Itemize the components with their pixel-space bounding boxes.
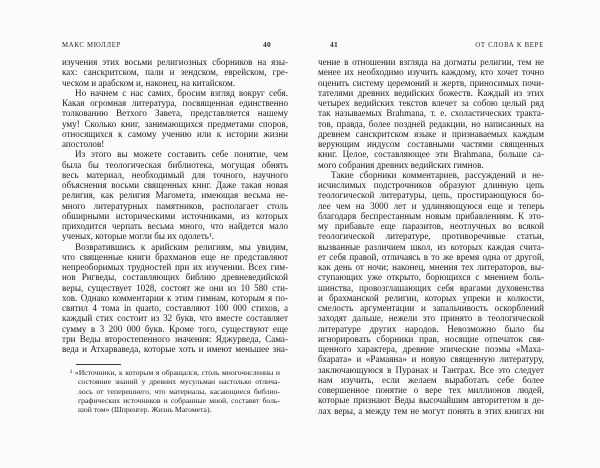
text-line: сумму в 3 200 000 букв. Кроме того, суще… (62, 324, 288, 334)
text-line: четырех ведийских текстов влечет за собо… (318, 98, 544, 108)
text-line: заходят дальше, нежели это принято в тео… (318, 313, 544, 323)
text-line: оценить систему церемоний и жертв, прино… (318, 78, 544, 88)
text-line: относящихся к самому учению или к истори… (62, 129, 288, 139)
text-line: много литературных памятников, располага… (62, 201, 288, 211)
text-line: лах веры, а между тем не могут понять в … (318, 406, 544, 416)
text-line: три Веды второстепенного значения: Яджур… (62, 334, 288, 344)
left-page-header: МАКС МЮЛЛЕР 40 (62, 40, 288, 49)
text-line: менее их необходимо изучить каждому, кто… (318, 67, 544, 77)
text-line: чение в отношении взгляда на догматы рел… (318, 57, 544, 67)
text-line: мого собрания древних ведийских гимнов. (318, 160, 544, 170)
text-line: святил 4 тома in quarto, составляют 100 … (62, 303, 288, 313)
text-line: Такие сборники комментариев, рассуждений… (318, 170, 544, 180)
footnote-line: состояние знаний у древних мусульман нас… (70, 377, 280, 386)
running-title: МАКС МЮЛЛЕР (62, 42, 121, 49)
text-line: древнем санскритском языке и признаваемы… (318, 129, 544, 139)
text-line: теологической литературы, цепь, простира… (318, 190, 544, 200)
text-line: уму! Сколько книг, занимающихся предмета… (62, 119, 288, 129)
text-line: бхарата» и «Рамаяна» и новую священную л… (318, 354, 544, 364)
text-line: Возвратившись к арийским религиям, мы ув… (62, 242, 288, 252)
footnote-line: лось от теперешнего, что материалы, каса… (70, 387, 280, 396)
text-line: так называемых Brahmana, т. е. схоластич… (318, 108, 544, 118)
text-line: игнорировать сборники прав, носящие отпе… (318, 334, 544, 344)
text-line: ческом и арабском и, наконец, на китайск… (62, 78, 288, 88)
text-line: теологической литературе, противоречивые… (318, 231, 544, 241)
text-line: что священные книги брахманов еще не пре… (62, 252, 288, 262)
text-line: вызванные различием школ, из которых каж… (318, 242, 544, 252)
text-line: обширными историческими источниками, из … (62, 211, 288, 221)
right-page-header: 41 ОТ СЛОВА К ВЕРЕ (318, 40, 544, 49)
text-line: благодаря беспрестанным новым прибавлени… (318, 211, 544, 221)
text-line: приходится черпать весьма много, что най… (62, 221, 288, 231)
right-page: 41 ОТ СЛОВА К ВЕРЕ чение в отношении взг… (318, 0, 544, 468)
footnote-separator (76, 364, 121, 365)
text-line: Какая огромная литература, посвященная е… (62, 98, 288, 108)
text-line: и брахманской религии, которых упреки и … (318, 293, 544, 303)
text-line: шинства, провозглашающих себя врагами ду… (318, 283, 544, 293)
text-line: Но начнем с нас самих, бросим взгляд вок… (62, 88, 288, 98)
page-body-text: изучения этих восьми религиозных сборник… (62, 57, 288, 354)
text-line: тателями древних ведийских божеств. Кажд… (318, 88, 544, 98)
text-line: тов, правда, более поздней редакции, но … (318, 119, 544, 129)
page-number: 41 (330, 40, 338, 49)
text-line: ступающих уже открыто, борющихся с мнени… (318, 272, 544, 282)
text-line: нов Ригведы, составляющих библию древнев… (62, 272, 288, 282)
left-page: МАКС МЮЛЛЕР 40 изучения этих восьми рели… (62, 0, 288, 468)
text-line: толкованию Ветхого Завета, представляетс… (62, 108, 288, 118)
text-line: объяснения восьми священных книг. Даже т… (62, 180, 288, 190)
text-line: му прибавьте еще паразитов, неотлучных в… (318, 221, 544, 231)
text-line: книг. Целое, составляющее эти Brahmana, … (318, 149, 544, 159)
text-line: совершенное понятие о вере тех миллионов… (318, 385, 544, 395)
text-line: непреоборимых трудностей при их изучении… (62, 262, 288, 272)
page-number: 40 (263, 40, 271, 49)
footnote-line: графических источников и собранные мной,… (70, 396, 280, 405)
text-line: была бы теологическая библиотека, могуща… (62, 160, 288, 170)
text-line: изучения этих восьми религиозных сборник… (62, 57, 288, 67)
text-line: веда и Атхарваведа, которые хоть и имеют… (62, 344, 288, 354)
footnote-line: шой том» (Шпренгер. Жизнь Магомета). (70, 405, 280, 414)
text-line: которые признают Веды высочайшим авторит… (318, 395, 544, 405)
text-line: религия, как религия Магомета, имеющая в… (62, 190, 288, 200)
text-line: Из этого вы можете составить себе поняти… (62, 149, 288, 159)
text-line: смелость аргументации и запальчивость ос… (318, 303, 544, 313)
page-body-text: чение в отношении взгляда на догматы рел… (318, 57, 544, 416)
footnote: ¹ «Источники, к которым я обращался, сто… (70, 368, 280, 414)
footnote-line: ¹ «Источники, к которым я обращался, сто… (70, 368, 280, 377)
text-line: заключающуюся в Пуранах и Тантрах. Все э… (318, 365, 544, 375)
text-line: ках: санскритском, пали и зендском, евре… (62, 67, 288, 77)
text-line: лее чем на 3000 лет и удлиняющуюся еще и… (318, 201, 544, 211)
book-spread: МАКС МЮЛЛЕР 40 изучения этих восьми рели… (0, 0, 600, 468)
text-line: хов. Однако комментарии к этим гимнам, к… (62, 293, 288, 303)
text-line: веры, существует 1028, состоят же они из… (62, 283, 288, 293)
text-line: верующим индусом составными частями свящ… (318, 139, 544, 149)
text-line: исчислимых подстрочников образуют длинну… (318, 180, 544, 190)
text-line: ет себя правой, отличаясь в то же время … (318, 252, 544, 262)
text-line: как день от ночи; наконец, мнения тех ли… (318, 262, 544, 272)
text-line: щенного характера, древние эпические поэ… (318, 344, 544, 354)
running-title: ОТ СЛОВА К ВЕРЕ (475, 42, 544, 49)
text-line: каждый стих состоит из 32 букв, что вмес… (62, 313, 288, 323)
text-line: весь материал, необходимый для точного, … (62, 170, 288, 180)
text-line: апостолов! (62, 139, 288, 149)
text-line: литературе других народов. Невозможно бы… (318, 324, 544, 334)
text-line: ученых, которые могли бы их одолеть¹. (62, 231, 288, 241)
text-line: нам изучить, если желаем выработать себе… (318, 375, 544, 385)
